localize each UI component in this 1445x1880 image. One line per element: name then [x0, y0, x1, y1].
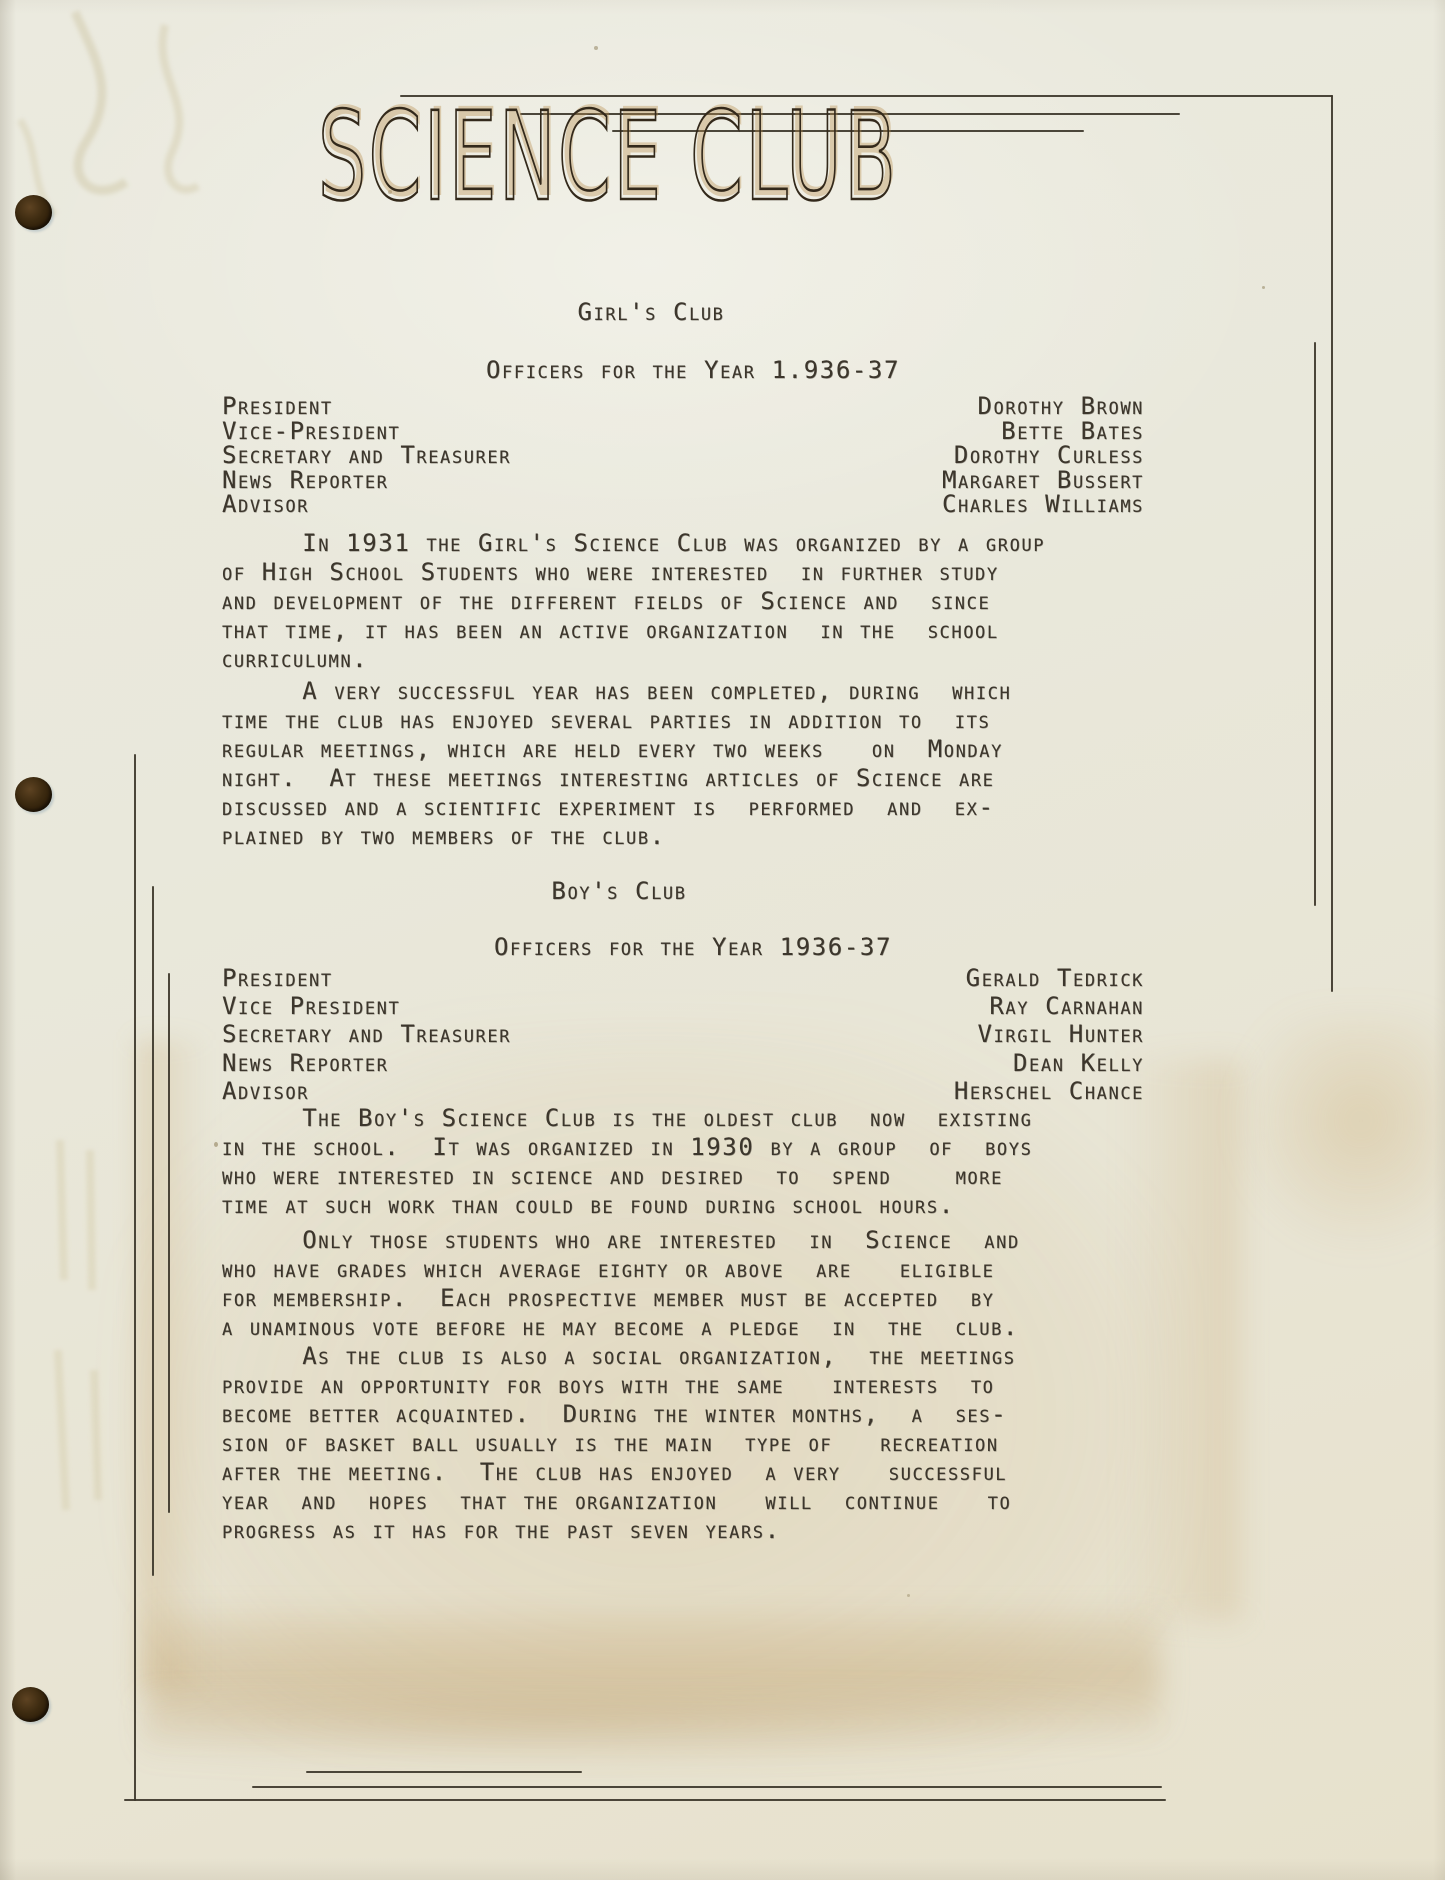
officer-name: Virgil Hunter	[978, 1020, 1145, 1048]
officer-role: Advisor	[222, 492, 309, 517]
boys-officers-heading: Officers for the Year 1936-37	[222, 934, 1144, 960]
border-line-right-2	[1314, 342, 1316, 906]
officer-name: Herschel Chance	[954, 1077, 1144, 1105]
border-line-bottom-3	[124, 1799, 1166, 1801]
officer-role: Vice President	[222, 992, 400, 1020]
paper-stain	[1235, 1015, 1445, 1250]
paper-stain	[140, 1690, 1160, 1770]
border-line-left-2	[152, 886, 154, 1576]
punch-hole	[15, 777, 52, 812]
officer-row: Secretary and Treasurer Virgil Hunter	[222, 1020, 1144, 1048]
officer-name: Charles Williams	[942, 492, 1144, 517]
paper-speck	[594, 46, 598, 50]
officer-role: Secretary and Treasurer	[222, 443, 511, 468]
border-line-right-1	[1331, 95, 1333, 992]
officer-name: Bette Bates	[1001, 419, 1144, 444]
officer-name: Dorothy Curless	[954, 443, 1144, 468]
paper-stain	[150, 1612, 1160, 1732]
officer-role: Secretary and Treasurer	[222, 1020, 511, 1048]
officer-role: News Reporter	[222, 468, 389, 493]
officer-row: Advisor Herschel Chance	[222, 1077, 1144, 1105]
officer-role: President	[222, 394, 333, 419]
boys-club-heading: Boy's Club	[222, 878, 1144, 904]
boys-officers-list: President Gerald Tedrick Vice President …	[222, 964, 1144, 1105]
border-line-bottom-2	[252, 1786, 1162, 1788]
boys-paragraph-2: Only those students who are interested i…	[222, 1226, 1020, 1342]
officer-name: Margaret Bussert	[942, 468, 1144, 493]
officer-name: Dorothy Brown	[978, 394, 1145, 419]
border-line-bottom-1	[306, 1771, 582, 1773]
officer-row: Vice-President Bette Bates	[222, 419, 1144, 444]
officer-role: News Reporter	[222, 1049, 389, 1077]
officer-row: News Reporter Margaret Bussert	[222, 468, 1144, 493]
officer-row: Advisor Charles Williams	[222, 492, 1144, 517]
officer-row: Vice President Ray Carnahan	[222, 992, 1144, 1020]
paper-stain	[1120, 1060, 1240, 1620]
border-line-left-3	[168, 973, 170, 1513]
girls-officers-list: President Dorothy Brown Vice-President B…	[222, 394, 1144, 517]
bleed-through-handwriting	[0, 0, 340, 280]
officer-row: President Dorothy Brown	[222, 394, 1144, 419]
page-title: SCIENCE CLUB	[318, 96, 898, 218]
boys-paragraph-1: The Boy's Science Club is the oldest clu…	[222, 1104, 1032, 1220]
officer-row: News Reporter Dean Kelly	[222, 1049, 1144, 1077]
girls-officers-heading: Officers for the Year 1.936-37	[222, 357, 1144, 383]
paper-speck	[907, 1594, 910, 1597]
officer-name: Dean Kelly	[1013, 1049, 1144, 1077]
officer-name: Ray Carnahan	[989, 992, 1144, 1020]
boys-paragraph-3: As the club is also a social organizatio…	[222, 1342, 1016, 1545]
bleed-through-handwriting	[20, 1120, 180, 1540]
girls-club-heading: Girl's Club	[222, 299, 1144, 325]
officer-name: Gerald Tedrick	[966, 964, 1144, 992]
punch-hole	[15, 195, 52, 230]
punch-hole	[12, 1687, 49, 1722]
paper-speck	[214, 1142, 218, 1147]
officer-role: President	[222, 964, 333, 992]
scrapbook-page: SCIENCE CLUB Girl's Club Officers for th…	[0, 0, 1445, 1880]
girls-paragraph-2: A very successful year has been complete…	[222, 677, 1011, 851]
officer-role: Advisor	[222, 1077, 309, 1105]
officer-role: Vice-President	[222, 419, 400, 444]
paper-speck	[1262, 286, 1265, 289]
girls-paragraph-1: In 1931 the Girl's Science Club was orga…	[222, 529, 1045, 674]
officer-row: Secretary and Treasurer Dorothy Curless	[222, 443, 1144, 468]
border-line-left-1	[134, 754, 136, 1801]
officer-row: President Gerald Tedrick	[222, 964, 1144, 992]
